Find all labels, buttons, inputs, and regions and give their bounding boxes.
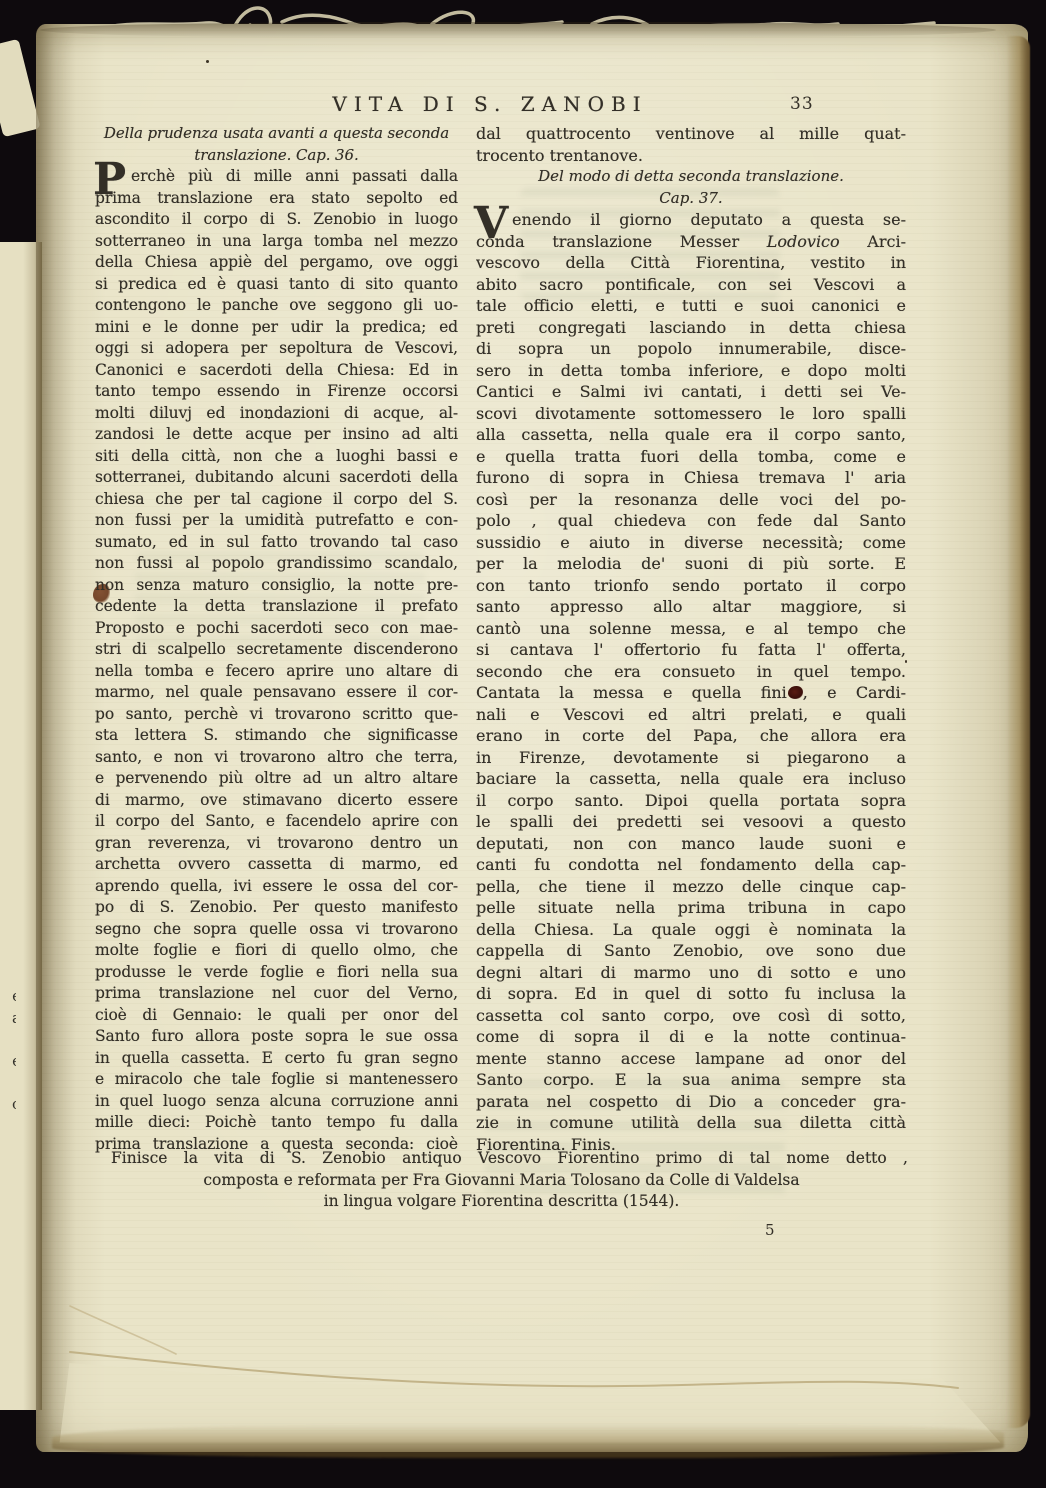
text-line: marmo, nel quale pensavano essere il cor… [95, 682, 458, 704]
text-line: cantò una solenne messa, e al tempo che [476, 618, 906, 640]
text-line: vescovo della Città Fiorentina, vestito … [476, 252, 906, 274]
text-line: aprendo quella, ivi essere le ossa del c… [95, 876, 458, 898]
text-line: deputati, non con manco laude suoni e [476, 833, 906, 855]
text-line: tale officio eletti, e tutti e suoi cano… [476, 295, 906, 317]
text-line: produsse le verde foglie e fiori nella s… [95, 962, 458, 984]
text-line: di sopra un popolo innumerabile, disce- [476, 338, 906, 360]
text-line: erano in corte del Papa, che allora era [476, 725, 906, 747]
chapter-36-body: erchè più di mille anni passati dallapri… [95, 166, 458, 1155]
text-line: erchè più di mille anni passati dalla [95, 166, 458, 188]
text-line: di sopra. Ed in quel di sotto fu inclusa… [476, 983, 906, 1005]
text-line: sero in detta tomba inferiore, e dopo mo… [476, 360, 906, 382]
chapter-37-heading: Del modo di detta seconda translazione.C… [476, 166, 906, 209]
ink-speck [206, 60, 209, 63]
page-right-edge [1006, 36, 1030, 1428]
text-line: mente stanno accese lampane ad onor del [476, 1048, 906, 1070]
text-line: canti fu condotta nel fondamento della c… [476, 854, 906, 876]
text-line: prima translazione era stato sepolto ed [95, 188, 458, 210]
text-line: contengono le panche ove seggono gli uo- [95, 295, 458, 317]
text-line: e pervenendo più oltre ad un altro altar… [95, 768, 458, 790]
text-line: sumato, ed in sul fatto trovando tal cas… [95, 532, 458, 554]
text-line: sotterranei, dubitando alcuni sacerdoti … [95, 467, 458, 489]
text-line: scovi divotamente sottomessero le loro s… [476, 403, 906, 425]
right-column: dal quattrocento ventinove al mille quat… [476, 123, 906, 1155]
text-line: baciare la cassetta, nella quale era inc… [476, 768, 906, 790]
text-line: dal quattrocento ventinove al mille quat… [476, 123, 906, 145]
text-line: molti diluvj ed inondazioni di acque, al… [95, 403, 458, 425]
colophon: Finisce la vita di S. Zenobio antiquo Ve… [95, 1148, 908, 1213]
text-line: nella tomba e fecero aprire uno altare d… [95, 661, 458, 683]
page-top-edge [40, 22, 996, 38]
text-line: Della prudenza usata avanti a questa sec… [95, 123, 458, 145]
text-line: per la melodia de' suoni di più sorte. E [476, 553, 906, 575]
text-line: segno che sopra quelle ossa vi trovarono [95, 919, 458, 941]
text-line: conda translazione Messer Lodovico Arci- [476, 231, 906, 253]
signature-mark: 5 [765, 1221, 775, 1239]
drop-cap-v: V [474, 204, 508, 244]
text-line: della Chiesa. La quale oggi è nominata l… [476, 919, 906, 941]
text-line: non senza maturo consiglio, la notte pre… [95, 575, 458, 597]
text-line: alla cassetta, nella quale era il corpo … [476, 424, 906, 446]
text-line: Finisce la vita di S. Zenobio antiquo Ve… [95, 1148, 908, 1170]
text-line: cioè di Gennaio: le quali per onor del [95, 1005, 458, 1027]
text-line: tanto tempo essendo in Firenze occorsi [95, 381, 458, 403]
text-line: santo, e non vi trovarono altro che terr… [95, 747, 458, 769]
chapter-36-continuation: dal quattrocento ventinove al mille quat… [476, 123, 906, 166]
text-line: si cantava l' offertorio fu fatta l' off… [476, 639, 906, 661]
text-line: furono di sopra in Chiesa tremava l' ari… [476, 467, 906, 489]
page-number: 33 [790, 94, 814, 114]
text-line: pella, che tiene il mezzo delle cinque c… [476, 876, 906, 898]
text-line: sotterraneo in una larga tomba nel mezzo [95, 231, 458, 253]
text-line: Cap. 37. [476, 188, 906, 210]
drop-cap-p: P [93, 160, 126, 200]
facing-page-text-fragments: eaìelo [0, 986, 16, 1115]
text-line: preti congregati lasciando in detta chie… [476, 317, 906, 339]
text-line: zandosi le dette acque per insino ad alt… [95, 424, 458, 446]
ink-blot [788, 686, 803, 699]
text-line: abito sacro pontificale, con sei Vescovi… [476, 274, 906, 296]
text-line: polo , qual chiedeva con fede dal Santo [476, 510, 906, 532]
text-line: della Chiesa appiè del pergamo, ove oggi [95, 252, 458, 274]
text-line: po santo, perchè vi trovarono scritto qu… [95, 704, 458, 726]
text-line: oggi si adopera per sepoltura de Vescovi… [95, 338, 458, 360]
text-line: gran reverenza, vi trovarono dentro un [95, 833, 458, 855]
text-line: con tanto trionfo sendo portato il corpo [476, 575, 906, 597]
text-line: Cantata la messa e quella fini, e Cardi- [476, 682, 906, 704]
text-line: translazione. Cap. 36. [95, 145, 458, 167]
text-line: chiesa che per tal cagione il corpo del … [95, 489, 458, 511]
text-line: sta lettera S. stimando che significasse [95, 725, 458, 747]
chapter-37-body: enendo il giorno deputato a questa se-co… [476, 209, 906, 1155]
text-line: il corpo del Santo, e facendelo aprire c… [95, 811, 458, 833]
text-line: non fussi per la umidità putrefatto e co… [95, 510, 458, 532]
text-line: in lingua volgare Fiorentina descritta (… [95, 1191, 908, 1213]
text-line: enendo il giorno deputato a questa se- [476, 209, 906, 231]
text-line: come di sopra il di e la notte continua- [476, 1026, 906, 1048]
text-line: in quel luogo senza alcuna corruzione an… [95, 1091, 458, 1113]
text-line: Santo corpo. E la sua anima sempre sta [476, 1069, 906, 1091]
text-line: siti della città, non che a luoghi bassi… [95, 446, 458, 468]
text-line: mini e le donne per udir la predica; ed [95, 317, 458, 339]
running-head-title: VITA DI S. ZANOBI [0, 92, 980, 116]
text-line: po di S. Zenobio. Per questo manifesto [95, 897, 458, 919]
text-line: prima translazione nel cuor del Verno, [95, 983, 458, 1005]
left-column: Della prudenza usata avanti a questa sec… [95, 123, 458, 1155]
text-line: Proposto e pochi sacerdoti seco con mae- [95, 618, 458, 640]
text-line: molte foglie e fiori di quello olmo, che [95, 940, 458, 962]
text-line: zie in comune utilità della sua diletta … [476, 1112, 906, 1134]
gutter-shadow [36, 24, 76, 1452]
text-line: e quella tratta fuori della tomba, come … [476, 446, 906, 468]
text-line: santo appresso allo altar maggiore, si [476, 596, 906, 618]
text-line: parata nel cospetto di Dio a conceder gr… [476, 1091, 906, 1113]
text-line: mille dieci: Poichè tanto tempo fu dalla [95, 1112, 458, 1134]
text-line: cappella di Santo Zenobio, ove sono due [476, 940, 906, 962]
text-line: in quella cassetta. E certo fu gran segn… [95, 1048, 458, 1070]
text-line: Santo furo allora poste sopra le sue oss… [95, 1026, 458, 1048]
text-line: di marmo, ove stimavano dicerto essere [95, 790, 458, 812]
text-line: Cantici e Salmi ivi cantati, i detti sei… [476, 381, 906, 403]
page-bottom-edge [52, 1424, 1004, 1458]
text-line: cedente la detta translazione il prefato [95, 596, 458, 618]
text-line: e miracolo che tale foglie si mantenesse… [95, 1069, 458, 1091]
book-scan: eaìelo VITA DI S. ZANOBI 33 Della pruden… [0, 0, 1046, 1488]
text-line: cassetta col santo corpo, ove così di so… [476, 1005, 906, 1027]
text-line: degni altari di marmo uno di sotto e uno [476, 962, 906, 984]
page-corner-wedge [0, 39, 41, 137]
text-line: così per la resonanza delle voci del po- [476, 489, 906, 511]
text-line: archetta ovvero cassetta di marmo, ed [95, 854, 458, 876]
text-line: le spalli dei predetti sei vesoovi a que… [476, 811, 906, 833]
text-line: pelle situate nella prima tribuna in cap… [476, 897, 906, 919]
text-line: in Firenze, devotamente si piegarono a [476, 747, 906, 769]
text-line: nali e Vescovi ed altri prelati, e quali [476, 704, 906, 726]
chapter-36-heading: Della prudenza usata avanti a questa sec… [95, 123, 458, 166]
text-line: sussidio e aiuto in diverse necessità; c… [476, 532, 906, 554]
text-line: il corpo santo. Dipoi quella portata sop… [476, 790, 906, 812]
text-line: composta e reformata per Fra Giovanni Ma… [95, 1170, 908, 1192]
text-line: non fussi al popolo grandissimo scandalo… [95, 553, 458, 575]
text-line: Del modo di detta seconda translazione. [476, 166, 906, 188]
text-line: Canonici e sacerdoti della Chiesa: Ed in [95, 360, 458, 382]
text-line: trocento trentanove. [476, 145, 906, 167]
text-line: ascondito il corpo di S. Zenobio in luog… [95, 209, 458, 231]
text-line: stri di scalpello secretamente discender… [95, 639, 458, 661]
text-line: secondo che era consueto in quel tempo. [476, 661, 906, 683]
text-line: si predica ed è quasi tanto di sito quan… [95, 274, 458, 296]
